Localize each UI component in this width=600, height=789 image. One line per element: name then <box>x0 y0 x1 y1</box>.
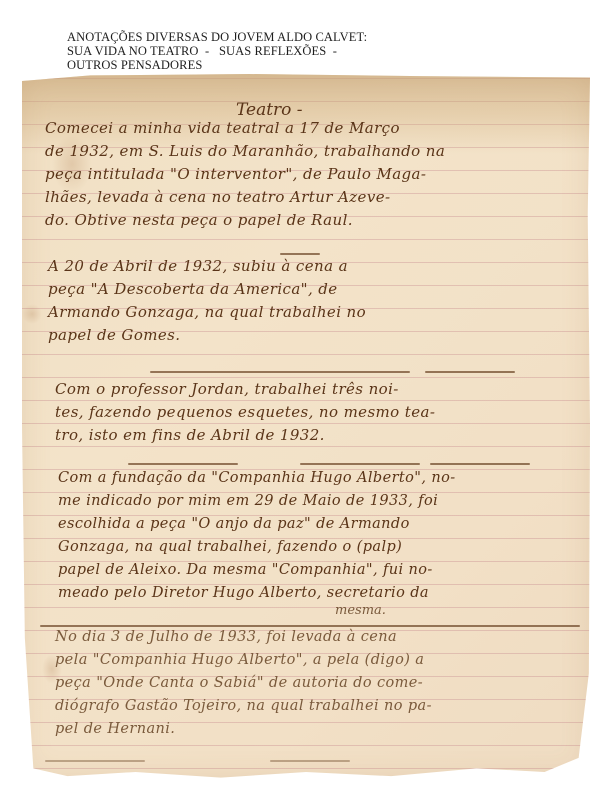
handwritten-line: Armando Gonzaga, na qual trabalhei no <box>48 301 366 324</box>
handwritten-line: do. Obtive nesta peça o papel de Raul. <box>45 209 445 232</box>
handwritten-line: de 1932, em S. Luis do Maranhão, trabalh… <box>45 140 445 163</box>
section-divider <box>270 760 350 762</box>
section-divider <box>300 463 420 465</box>
handwritten-line: lhães, levada à cena no teatro Artur Aze… <box>45 186 445 209</box>
paragraph-3: Com o professor Jordan, trabalhei três n… <box>55 378 435 447</box>
caption-line: SUA VIDA NO TEATRO - SUAS REFLEXÕES - <box>67 44 367 58</box>
handwritten-line: A 20 de Abril de 1932, subiu à cena a <box>48 255 366 278</box>
paragraph-5: No dia 3 de Julho de 1933, foi levada à … <box>55 626 432 741</box>
section-divider <box>128 463 238 465</box>
handwritten-line: peça "A Descoberta da America", de <box>48 278 366 301</box>
paragraph-2: A 20 de Abril de 1932, subiu à cena a pe… <box>48 255 366 347</box>
paragraph-1: Comecei a minha vida teatral a 17 de Mar… <box>45 117 445 232</box>
section-divider <box>425 371 515 373</box>
handwritten-line: Gonzaga, na qual trabalhei, fazendo o (p… <box>58 536 456 559</box>
handwritten-line: peça "Onde Canta o Sabiá" de autoria do … <box>55 672 432 695</box>
handwritten-line: papel de Gomes. <box>48 324 366 347</box>
document-caption: ANOTAÇÕES DIVERSAS DO JOVEM ALDO CALVET:… <box>67 30 367 72</box>
handwritten-line: papel de Aleixo. Da mesma "Companhia", f… <box>58 559 456 582</box>
section-divider <box>45 760 145 762</box>
inserted-word: mesma. <box>335 603 386 618</box>
handwritten-line: No dia 3 de Julho de 1933, foi levada à … <box>55 626 432 649</box>
caption-line: OUTROS PENSADORES <box>67 58 367 72</box>
handwritten-line: me indicado por mim em 29 de Maio de 193… <box>58 490 456 513</box>
handwritten-line: pel de Hernani. <box>55 718 432 741</box>
section-divider <box>150 371 410 373</box>
paragraph-4: Com a fundação da "Companhia Hugo Albert… <box>58 467 456 605</box>
handwritten-line: diógrafo Gastão Tojeiro, na qual trabalh… <box>55 695 432 718</box>
handwritten-line: meado pelo Diretor Hugo Alberto, secreta… <box>58 582 456 605</box>
handwritten-line: peça intitulada "O interventor", de Paul… <box>45 163 445 186</box>
handwritten-line: pela "Companhia Hugo Alberto", a pela (d… <box>55 649 432 672</box>
handwritten-line: tes, fazendo pequenos esquetes, no mesmo… <box>55 401 435 424</box>
handwritten-line: Com o professor Jordan, trabalhei três n… <box>55 378 435 401</box>
handwritten-line: Com a fundação da "Companhia Hugo Albert… <box>58 467 456 490</box>
caption-line: ANOTAÇÕES DIVERSAS DO JOVEM ALDO CALVET: <box>67 30 367 44</box>
handwritten-line: Comecei a minha vida teatral a 17 de Mar… <box>45 117 445 140</box>
section-divider <box>430 463 530 465</box>
handwritten-line: escolhida a peça "O anjo da paz" de Arma… <box>58 513 456 536</box>
stain <box>22 304 42 324</box>
handwritten-line: tro, isto em fins de Abril de 1932. <box>55 424 435 447</box>
